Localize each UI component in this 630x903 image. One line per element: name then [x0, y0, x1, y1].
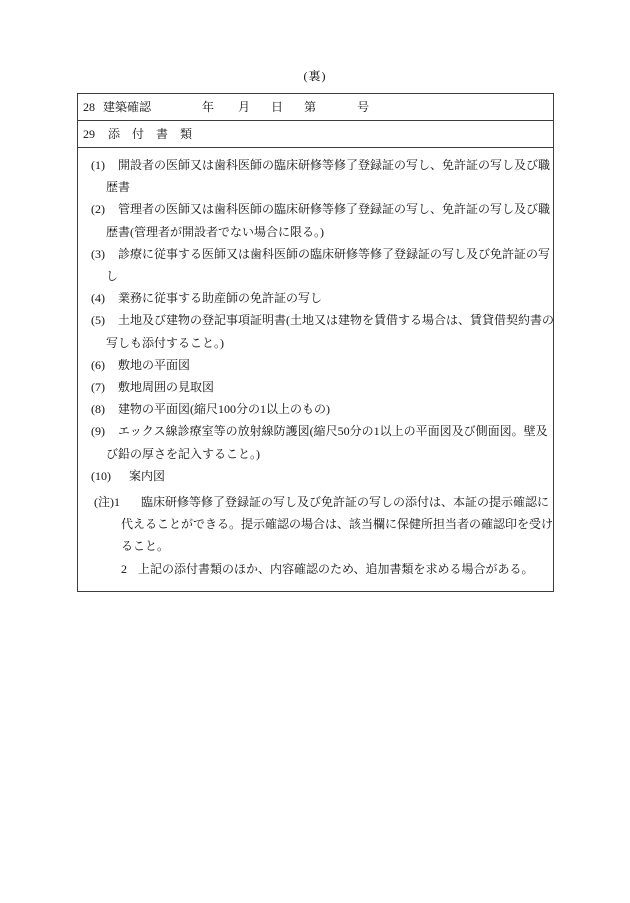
item-number: (2) — [91, 198, 118, 220]
row-building-confirmation: 28 建築確認 年 月 日 第 号 — [78, 94, 553, 121]
document-page: (裏) 28 建築確認 年 月 日 第 号 29 添 付 書 類 (1)開設者の… — [0, 0, 630, 903]
item-line: (8)建物の平面図(縮尺100分の1以上のもの) — [78, 398, 553, 420]
note-1: (注)1臨床研修等修了登録証の写し及び免許証の写しの添付は、本証の提示確認に 代… — [78, 491, 553, 558]
item-number: (10) — [91, 465, 129, 487]
note-text-line: ること。 — [78, 535, 553, 557]
attached-documents-label: 添 付 書 類 — [108, 121, 192, 147]
row-number: 29 — [83, 121, 95, 147]
attachment-item-3: (3)診療に従事する医師又は歯科医師の臨床研修等修了登録証の写し及び免許証の写 … — [78, 243, 553, 287]
item-line: (1)開設者の医師又は歯科医師の臨床研修等修了登録証の写し、免許証の写し及び職 — [78, 154, 553, 176]
item-text-line: 案内図 — [129, 469, 165, 483]
item-number: (5) — [91, 309, 118, 331]
attachment-item-2: (2)管理者の医師又は歯科医師の臨床研修等修了登録証の写し、免許証の写し及び職 … — [78, 198, 553, 242]
attachment-item-1: (1)開設者の医師又は歯科医師の臨床研修等修了登録証の写し、免許証の写し及び職 … — [78, 154, 553, 198]
attachment-item-8: (8)建物の平面図(縮尺100分の1以上のもの) — [78, 398, 553, 420]
attachment-item-6: (6)敷地の平面図 — [78, 354, 553, 376]
form-table: 28 建築確認 年 月 日 第 号 29 添 付 書 類 (1)開設者の医師又は… — [77, 93, 554, 592]
item-line: (7)敷地周囲の見取図 — [78, 376, 553, 398]
note-number: (注)1 — [94, 491, 141, 513]
row-number: 28 — [83, 94, 95, 120]
notes-section: (注)1臨床研修等修了登録証の写し及び免許証の写しの添付は、本証の提示確認に 代… — [78, 491, 553, 580]
month-label: 月 — [238, 94, 250, 120]
note-number: 2 — [121, 558, 138, 580]
attachment-list: (1)開設者の医師又は歯科医師の臨床研修等修了登録証の写し、免許証の写し及び職 … — [78, 148, 553, 580]
item-line: (5)土地及び建物の登記事項証明書(土地又は建物を賃借する場合は、賃貸借契約書の — [78, 309, 553, 331]
attachment-item-7: (7)敷地周囲の見取図 — [78, 376, 553, 398]
item-text-line: 建物の平面図(縮尺100分の1以上のもの) — [118, 402, 330, 416]
number-prefix-label: 第 — [304, 94, 316, 120]
item-line: (4)業務に従事する助産師の免許証の写し — [78, 287, 553, 309]
item-number: (6) — [91, 354, 118, 376]
item-line: (3)診療に従事する医師又は歯科医師の臨床研修等修了登録証の写し及び免許証の写 — [78, 243, 553, 265]
note-line: (注)1臨床研修等修了登録証の写し及び免許証の写しの添付は、本証の提示確認に — [78, 491, 553, 513]
note-text-line: 上記の添付書類のほか、内容確認のため、追加書類を求める場合がある。 — [138, 562, 534, 576]
item-text-line: 敷地の平面図 — [118, 358, 190, 372]
item-line: (2)管理者の医師又は歯科医師の臨床研修等修了登録証の写し、免許証の写し及び職 — [78, 198, 553, 220]
item-number: (4) — [91, 287, 118, 309]
item-text-line: 業務に従事する助産師の免許証の写し — [118, 291, 322, 305]
item-line: (6)敷地の平面図 — [78, 354, 553, 376]
item-line: (9)エックス線診療室等の放射線防護図(縮尺50分の1以上の平面図及び側面図。壁… — [78, 420, 553, 442]
note-2: 2上記の添付書類のほか、内容確認のため、追加書類を求める場合がある。 — [78, 558, 553, 580]
item-number: (7) — [91, 376, 118, 398]
item-text-line: エックス線診療室等の放射線防護図(縮尺50分の1以上の平面図及び側面図。壁及 — [118, 424, 548, 438]
year-label: 年 — [202, 94, 214, 120]
page-side-label: (裏) — [0, 67, 630, 84]
item-line: (10)案内図 — [78, 465, 553, 487]
number-suffix-label: 号 — [357, 94, 369, 120]
item-number: (8) — [91, 398, 118, 420]
item-number: (9) — [91, 420, 118, 442]
item-text-line: 診療に従事する医師又は歯科医師の臨床研修等修了登録証の写し及び免許証の写 — [118, 247, 550, 261]
item-text-line: し — [78, 265, 553, 287]
attachment-item-10: (10)案内図 — [78, 465, 553, 487]
attachment-item-5: (5)土地及び建物の登記事項証明書(土地又は建物を賃借する場合は、賃貸借契約書の… — [78, 309, 553, 353]
item-text-line: 敷地周囲の見取図 — [118, 380, 214, 394]
item-text-line: 写しも添付すること。) — [78, 332, 553, 354]
item-text-line: び鉛の厚さを記入すること。) — [78, 443, 553, 465]
item-text-line: 土地及び建物の登記事項証明書(土地又は建物を賃借する場合は、賃貸借契約書の — [118, 313, 553, 327]
attachment-item-9: (9)エックス線診療室等の放射線防護図(縮尺50分の1以上の平面図及び側面図。壁… — [78, 420, 553, 464]
day-label: 日 — [271, 94, 283, 120]
item-text-line: 歴書(管理者が開設者でない場合に限る。) — [78, 221, 553, 243]
attachment-item-4: (4)業務に従事する助産師の免許証の写し — [78, 287, 553, 309]
note-line: 2上記の添付書類のほか、内容確認のため、追加書類を求める場合がある。 — [78, 558, 553, 580]
building-confirmation-label: 建築確認 — [103, 94, 151, 120]
item-text-line: 歴書 — [78, 176, 553, 198]
item-text-line: 管理者の医師又は歯科医師の臨床研修等修了登録証の写し、免許証の写し及び職 — [118, 202, 550, 216]
item-number: (1) — [91, 154, 118, 176]
row-attached-documents: 29 添 付 書 類 — [78, 121, 553, 148]
note-text-line: 臨床研修等修了登録証の写し及び免許証の写しの添付は、本証の提示確認に — [141, 495, 549, 509]
item-number: (3) — [91, 243, 118, 265]
note-text-line: 代えることができる。提示確認の場合は、該当欄に保健所担当者の確認印を受け — [78, 513, 553, 535]
item-text-line: 開設者の医師又は歯科医師の臨床研修等修了登録証の写し、免許証の写し及び職 — [118, 158, 550, 172]
